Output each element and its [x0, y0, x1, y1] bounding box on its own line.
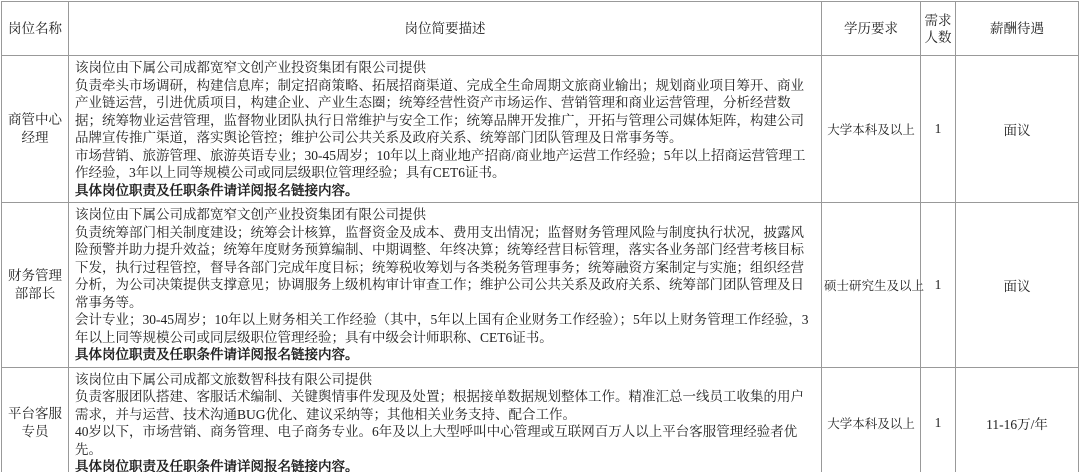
detail-note: 具体岗位职责及任职条件请详阅报名链接内容。: [75, 346, 811, 364]
header-cell-headcount: 需求人数: [921, 2, 956, 56]
header-cell-description: 岗位简要描述: [69, 2, 822, 56]
header-cell-education: 学历要求: [822, 2, 921, 56]
position-description: 该岗位由下属公司成都宽窄文创产业投资集团有限公司提供 负责牵头市场调研，构建信息…: [69, 56, 822, 203]
requirements-text: 会计专业；30-45周岁；10年以上财务相关工作经验（其中，5年以上国有企业财务…: [75, 311, 811, 346]
detail-note: 具体岗位职责及任职条件请详阅报名链接内容。: [75, 182, 811, 200]
position-name: 商管中心经理: [2, 56, 69, 203]
salary-value: 11-16万/年: [956, 367, 1079, 472]
education-requirement: 大学本科及以上: [822, 56, 921, 203]
requirements-text: 市场营销、旅游管理、旅游英语专业；30-45周岁；10年以上商业地产招商/商业地…: [75, 147, 811, 182]
requirements-text: 40岁以下，市场营销、商务管理、电子商务专业。6年及以上大型呼叫中心管理或互联网…: [75, 423, 811, 458]
header-cell-position: 岗位名称: [2, 2, 69, 56]
job-row-shangguan-manager: 商管中心经理 该岗位由下属公司成都宽窄文创产业投资集团有限公司提供 负责牵头市场…: [2, 56, 1079, 203]
position-name: 平台客服专员: [2, 367, 69, 472]
job-row-finance-director: 财务管理部部长 该岗位由下属公司成都宽窄文创产业投资集团有限公司提供 负责统筹部…: [2, 203, 1079, 368]
duties-text: 负责统筹部门相关制度建设；统筹会计核算，监督资金及成本、费用支出情况；监督财务管…: [75, 224, 811, 312]
headcount-value: 1: [921, 56, 956, 203]
recruitment-table: 岗位名称 岗位简要描述 学历要求 需求人数 薪酬待遇 商管中心经理 该岗位由下属…: [1, 1, 1079, 472]
duties-text: 负责客服团队搭建、客服话术编制、关键舆情事件发现及处置；根据接单数据规划整体工作…: [75, 388, 811, 423]
position-description: 该岗位由下属公司成都宽窄文创产业投资集团有限公司提供 负责统筹部门相关制度建设；…: [69, 203, 822, 368]
provider-line: 该岗位由下属公司成都宽窄文创产业投资集团有限公司提供: [75, 206, 811, 224]
duties-text: 负责牵头市场调研，构建信息库；制定招商策略、拓展招商渠道、完成全生命周期文旅商业…: [75, 77, 811, 147]
table-header-row: 岗位名称 岗位简要描述 学历要求 需求人数 薪酬待遇: [2, 2, 1079, 56]
salary-value: 面议: [956, 56, 1079, 203]
salary-value: 面议: [956, 203, 1079, 368]
headcount-value: 1: [921, 367, 956, 472]
provider-line: 该岗位由下属公司成都宽窄文创产业投资集团有限公司提供: [75, 59, 811, 77]
position-name: 财务管理部部长: [2, 203, 69, 368]
position-description: 该岗位由下属公司成都文旅数智科技有限公司提供 负责客服团队搭建、客服话术编制、关…: [69, 367, 822, 472]
education-requirement: 硕士研究生及以上: [822, 203, 921, 368]
detail-note: 具体岗位职责及任职条件请详阅报名链接内容。: [75, 458, 811, 472]
header-cell-salary: 薪酬待遇: [956, 2, 1079, 56]
education-requirement: 大学本科及以上: [822, 367, 921, 472]
recruitment-page: 岗位名称 岗位简要描述 学历要求 需求人数 薪酬待遇 商管中心经理 该岗位由下属…: [0, 0, 1080, 472]
headcount-value: 1: [921, 203, 956, 368]
job-row-customer-service: 平台客服专员 该岗位由下属公司成都文旅数智科技有限公司提供 负责客服团队搭建、客…: [2, 367, 1079, 472]
provider-line: 该岗位由下属公司成都文旅数智科技有限公司提供: [75, 371, 811, 389]
